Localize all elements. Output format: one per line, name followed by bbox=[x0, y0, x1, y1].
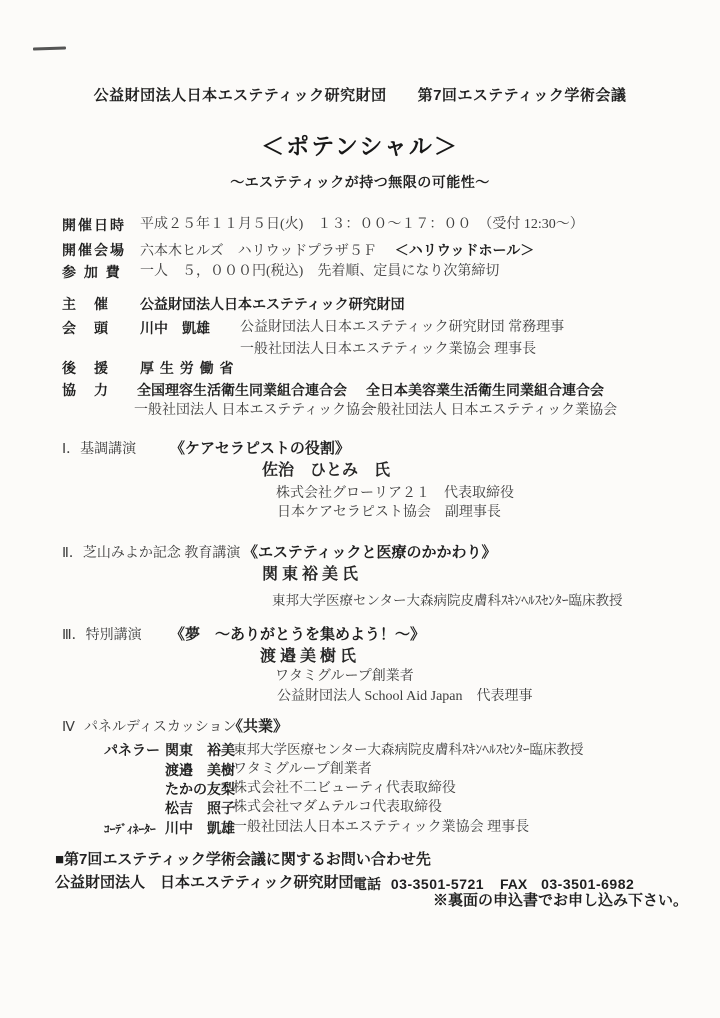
info-value-datetime: 平成２５年１１月５日(火) １３：００～１７：００ （受付 12:30～） bbox=[140, 215, 584, 235]
cooperation-label: 協 力 bbox=[62, 380, 110, 400]
session-3-speaker: 渡 邉 美 樹 氏 bbox=[260, 647, 356, 667]
president-label: 会 頭 bbox=[62, 318, 110, 338]
president-title-1: 公益財団法人日本エステティック研究財団 常務理事 bbox=[240, 318, 564, 338]
session-2-speaker: 関 東 裕 美 氏 bbox=[262, 565, 358, 585]
session-3-number: Ⅲ．特別講演 bbox=[62, 626, 142, 646]
panel-member-1-name: 関東 裕美 bbox=[165, 740, 235, 760]
info-label-venue: 開催会場 bbox=[62, 240, 126, 260]
session-1-title: 《ケアセラピストの役割》 bbox=[170, 439, 350, 459]
contact-heading: ■第7回エステティック学術会議に関するお問い合わせ先 bbox=[55, 850, 431, 870]
organizer-host-value: 公益財団法人日本エステティック研究財団 bbox=[140, 294, 405, 314]
info-value-fee: 一人 ５，０００円(税込) 先着順、定員になり次第締切 bbox=[140, 262, 499, 282]
session-2-title: 《エステティックと医療のかかわり》 bbox=[243, 543, 497, 563]
president-name: 川中 凱雄 bbox=[140, 318, 210, 338]
panel-member-4-desc: 株式会社マダムテルコ代表取締役 bbox=[233, 798, 442, 818]
panel-role-panelist: パネラー bbox=[104, 740, 160, 760]
panel-role-coordinator: ｺｰﾃﾞｨﾈｰﾀｰ bbox=[104, 820, 156, 840]
cooperation-org-2: 全日本美容業生活衛生同業組合連合会 bbox=[366, 380, 604, 400]
cooperation-org-4: 一般社団法人 日本エステティック業協会 bbox=[363, 401, 617, 421]
session-1-number: Ⅰ．基調講演 bbox=[62, 440, 136, 460]
session-1-credential-2: 日本ケアセラピスト協会 副理事長 bbox=[277, 503, 501, 523]
panel-member-1-desc: 東邦大学医療センター大森病院皮膚科ｽｷﾝﾍﾙｽｾﾝﾀｰ臨床教授 bbox=[233, 740, 583, 760]
panel-type: パネルディスカッション bbox=[84, 718, 236, 738]
session-2-credential-1: 東邦大学医療センター大森病院皮膚科ｽｷﾝﾍﾙｽｾﾝﾀｰ臨床教授 bbox=[272, 591, 622, 611]
cooperation-org-1: 全国理容生活衛生同業組合連合会 bbox=[137, 380, 347, 400]
scanned-flyer-page: 公益財団法人日本エステティック研究財団 第7回エステティック学術会議 ＜ポテンシ… bbox=[0, 0, 720, 1018]
support-value: 厚 生 労 働 省 bbox=[140, 358, 235, 378]
document-header: 公益財団法人日本エステティック研究財団 第7回エステティック学術会議 bbox=[0, 86, 720, 106]
panel-member-4-name: 松吉 照子 bbox=[165, 798, 235, 818]
panel-member-3-desc: 株式会社不二ビューティ代表取締役 bbox=[233, 779, 456, 799]
event-subtitle: ～エステティックが持つ無限の可能性～ bbox=[0, 172, 720, 192]
application-note: ※裏面の申込書でお申し込み下さい。 bbox=[433, 891, 688, 911]
phone-label: 電話 bbox=[353, 874, 381, 894]
panel-member-3-name: たかの友梨 bbox=[165, 779, 235, 799]
cooperation-org-3: 一般社団法人 日本エステティック協会 bbox=[134, 401, 374, 421]
session-2-number: Ⅱ．芝山みよか記念 教育講演 bbox=[62, 544, 240, 564]
session-1-speaker: 佐治 ひとみ 氏 bbox=[262, 461, 390, 481]
president-title-2: 一般社団法人日本エステティック業協会 理事長 bbox=[240, 340, 536, 360]
session-3-credential-1: ワタミグループ創業者 bbox=[275, 667, 414, 687]
panel-title: 《共業》 bbox=[228, 717, 288, 737]
info-value-venue-line: 六本木ヒルズ ハリウッドプラザ５Ｆ ＜ハリウッドホール＞ bbox=[140, 240, 534, 262]
session-1-credential-1: 株式会社グローリア２１ 代表取締役 bbox=[276, 484, 514, 504]
session-3-title: 《夢 ～ありがとうを集めよう！～》 bbox=[170, 625, 425, 645]
venue-hall-text: ＜ハリウッドホール＞ bbox=[395, 242, 534, 258]
scan-artifact-dash bbox=[33, 46, 66, 50]
panel-member-5-name: 川中 凱雄 bbox=[165, 818, 235, 838]
organizer-host-label: 主 催 bbox=[62, 294, 110, 314]
session-3-credential-2: 公益財団法人 School Aid Japan 代表理事 bbox=[277, 687, 533, 707]
panel-number: Ⅳ bbox=[62, 718, 75, 738]
support-label: 後 援 bbox=[62, 358, 110, 378]
event-title: ＜ポテンシャル＞ bbox=[0, 136, 720, 156]
info-label-datetime: 開催日時 bbox=[62, 215, 126, 235]
contact-organization: 公益財団法人 日本エステティック研究財団 bbox=[55, 873, 354, 893]
panel-member-5-desc: 一般社団法人日本エステティック業協会 理事長 bbox=[233, 818, 529, 838]
venue-text: 六本木ヒルズ ハリウッドプラザ５Ｆ bbox=[140, 244, 377, 259]
info-label-fee: 参 加 費 bbox=[62, 262, 122, 282]
panel-member-2-desc: ワタミグループ創業者 bbox=[233, 760, 372, 780]
panel-member-2-name: 渡邉 美樹 bbox=[165, 760, 235, 780]
